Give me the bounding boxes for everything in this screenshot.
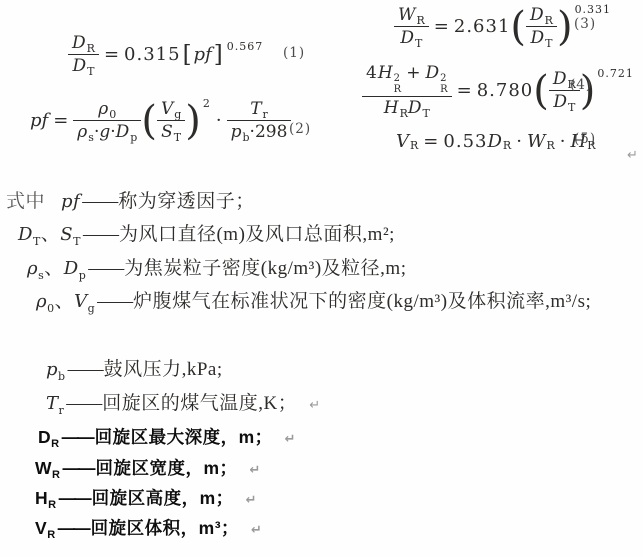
definition-text: 回旋区高度，m； <box>92 488 234 508</box>
math-symbol: DR <box>38 427 60 447</box>
math-token: H <box>35 488 48 508</box>
definition-line-hr: HR——回旋区高度，m；↵ <box>35 485 257 511</box>
math-symbol: HR <box>35 488 57 508</box>
return-mark-icon: ↵ <box>246 493 257 508</box>
definition-line-wr: WR——回旋区宽度，m；↵ <box>35 455 261 481</box>
document-page: DR DT = 0.315 [ pf ] 0.567 (1) pf = ρ0 ρ… <box>0 0 643 557</box>
dash: —— <box>59 488 90 508</box>
math-token: W <box>35 458 52 478</box>
math-token: R <box>47 529 55 541</box>
math-token: D <box>38 427 51 447</box>
return-mark-icon: ↵ <box>285 432 296 447</box>
math-token: V <box>35 518 47 538</box>
definition-text: 回旋区最大深度，m； <box>95 427 273 447</box>
definition-text: 回旋区体积，m³； <box>91 518 239 538</box>
dash: —— <box>62 458 93 478</box>
return-mark-icon: ↵ <box>251 523 262 538</box>
math-symbol: WR <box>35 458 60 478</box>
definition-text: 回旋区宽度，m； <box>95 458 237 478</box>
definition-line-dr: DR——回旋区最大深度，m；↵ <box>38 424 296 450</box>
definition-line-vr: VR——回旋区体积，m³；↵ <box>35 515 262 541</box>
math-token: R <box>48 499 56 511</box>
math-token: R <box>52 469 60 481</box>
math-token: R <box>51 438 59 450</box>
dash: —— <box>62 427 93 447</box>
typed-region: DR——回旋区最大深度，m；↵ WR——回旋区宽度，m；↵ HR——回旋区高度，… <box>0 0 643 557</box>
return-mark-icon: ↵ <box>250 463 261 478</box>
math-symbol: VR <box>35 518 56 538</box>
dash: —— <box>58 518 89 538</box>
